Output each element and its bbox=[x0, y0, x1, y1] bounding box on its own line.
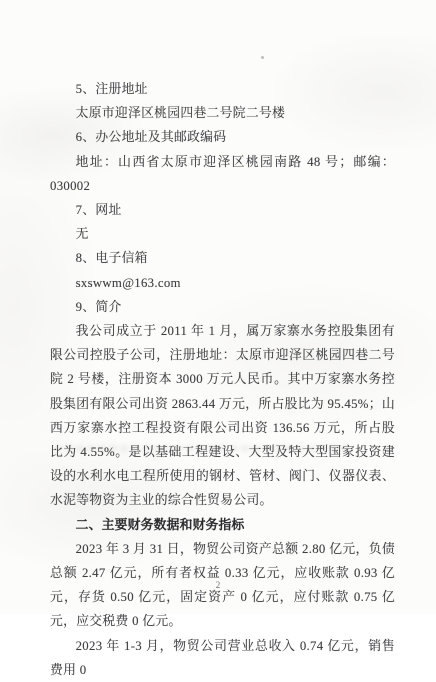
finance-section-heading: 二、主要财务数据和财务指标 bbox=[50, 513, 395, 537]
registered-address-heading: 5、注册地址 bbox=[50, 77, 395, 101]
page-number: 2 bbox=[0, 580, 436, 590]
document-text-block: 5、注册地址 太原市迎泽区桃园四巷二号院二号楼 6、办公地址及其邮政编码 地址：… bbox=[50, 77, 395, 614]
company-intro-paragraph: 我公司成立于 2011 年 1 月，属万家寨水务控股集团有限公司控股子公司，注册… bbox=[50, 319, 395, 513]
website-value: 无 bbox=[50, 222, 395, 246]
office-address-heading: 6、办公地址及其邮政编码 bbox=[50, 125, 395, 149]
office-address-value: 地址：山西省太原市迎泽区桃园南路 48 号；邮编：030002 bbox=[50, 150, 395, 198]
scan-speck-artifact bbox=[261, 56, 264, 59]
profile-heading: 9、简介 bbox=[50, 295, 395, 319]
finance-data-paragraph: 2023 年 3 月 31 日，物贸公司资产总额 2.80 亿元，负债总额 2.… bbox=[50, 537, 395, 614]
scan-bleedthrough-artifact bbox=[55, 445, 350, 452]
email-heading: 8、电子信箱 bbox=[50, 246, 395, 270]
website-heading: 7、网址 bbox=[50, 198, 395, 222]
email-value: sxswwm@163.com bbox=[50, 271, 395, 295]
registered-address-value: 太原市迎泽区桃园四巷二号院二号楼 bbox=[50, 101, 395, 125]
scanned-document-page: 5、注册地址 太原市迎泽区桃园四巷二号院二号楼 6、办公地址及其邮政编码 地址：… bbox=[0, 0, 436, 614]
